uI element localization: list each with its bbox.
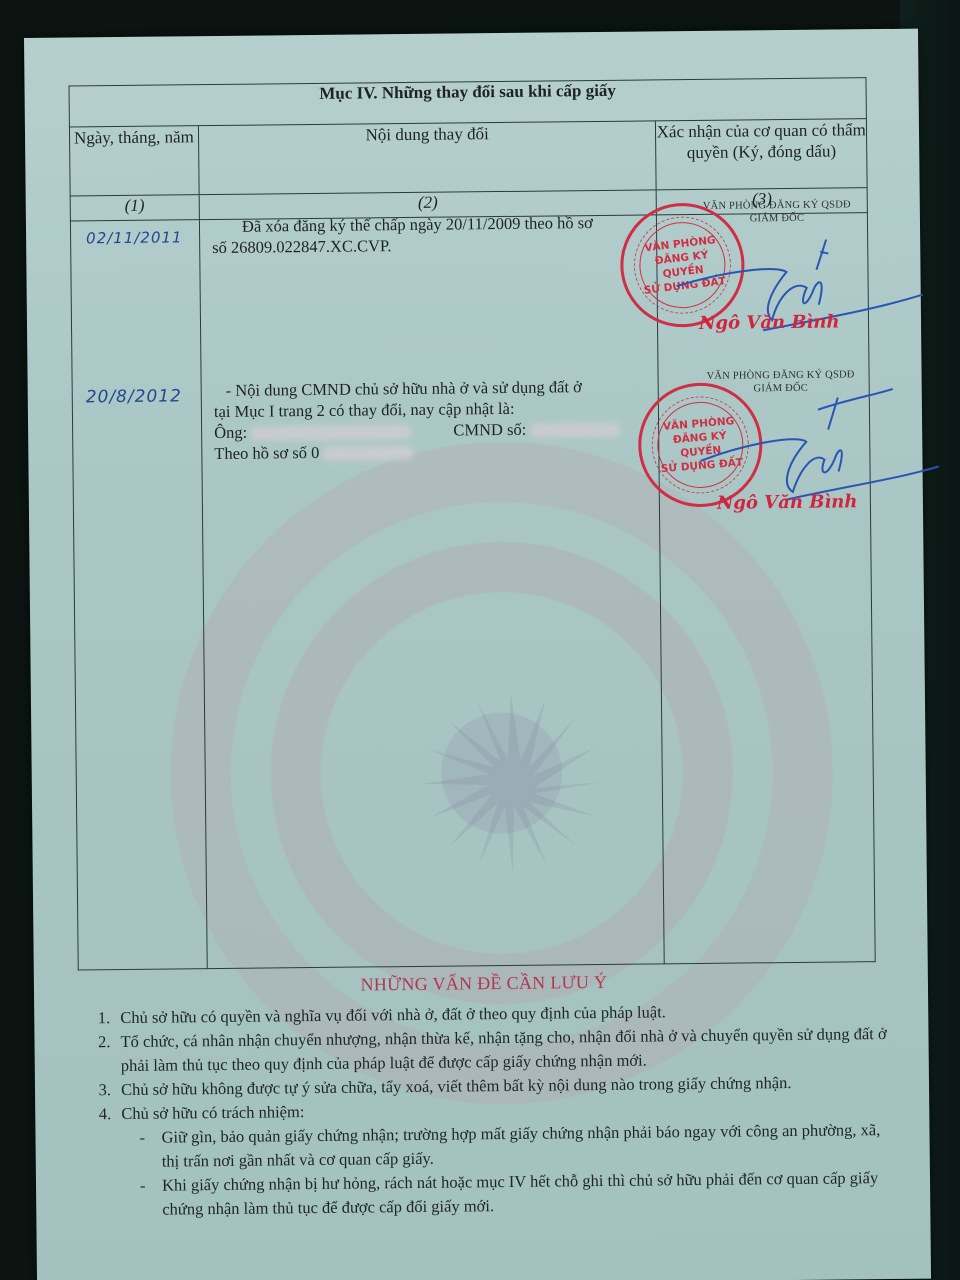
redacted-id-number (530, 423, 620, 438)
responsibility-list: Giữ gìn, bảo quản giấy chứng nhận; trườn… (121, 1118, 896, 1222)
column-header-content: Nội dung thay đổi (198, 121, 656, 195)
responsibility-item-2: Khi giấy chứng nhận bị hư hỏng, rách nát… (140, 1166, 896, 1222)
contents-cell (199, 215, 665, 969)
dates-cell (70, 220, 207, 970)
responsibility-item-1: Giữ gìn, bảo quản giấy chứng nhận; trườn… (139, 1118, 895, 1174)
notes-list: Chủ sở hữu có quyền và nghĩa vụ đối với … (74, 998, 896, 1223)
id-label: CMND số: (453, 420, 526, 440)
entry-1-signer-name: Ngô Văn Bình (699, 311, 840, 333)
notes-title: NHỮNG VẤN ĐỀ CẦN LƯU Ý (74, 969, 894, 999)
certificate-page: Mục IV. Những thay đổi sau khi cấp giấy … (24, 29, 931, 1280)
redacted-owner-name (251, 425, 411, 441)
entry-2-content: - Nội dung CMND chủ sở hữu nhà ở và sử d… (214, 375, 675, 464)
entry-2-office: VĂN PHÒNG ĐĂNG KÝ QSDĐ (686, 369, 876, 382)
redacted-dossier-number (323, 446, 413, 461)
column-header-confirmation: Xác nhận của cơ quan có thẩm quyền (Ký, … (656, 119, 867, 190)
entry-1-date: 02/11/2011 (86, 228, 183, 247)
entry-2-date: 20/8/2012 (86, 386, 182, 407)
column-number-1: (1) (70, 195, 199, 221)
entry-2-signer-name: Ngô Văn Bình (717, 491, 858, 513)
entry-1-content: Đã xóa đăng ký thế chấp ngày 20/11/2009 … (212, 211, 662, 258)
owner-label: Ông: (214, 423, 247, 442)
dossier-label: Theo hồ sơ số 0 (214, 443, 319, 463)
note-item-4: Chủ sở hữu có trách nhiệm: Giữ gìn, bảo … (115, 1094, 896, 1222)
note-item-4-text: Chủ sở hữu có trách nhiệm: (121, 1102, 304, 1123)
column-header-date: Ngày, tháng, năm (69, 126, 198, 196)
notes-section: NHỮNG VẤN ĐỀ CẦN LƯU Ý Chủ sở hữu có quy… (74, 969, 897, 1223)
note-item-2: Tổ chức, cá nhân nhận chuyển nhượng, nhậ… (114, 1022, 894, 1078)
